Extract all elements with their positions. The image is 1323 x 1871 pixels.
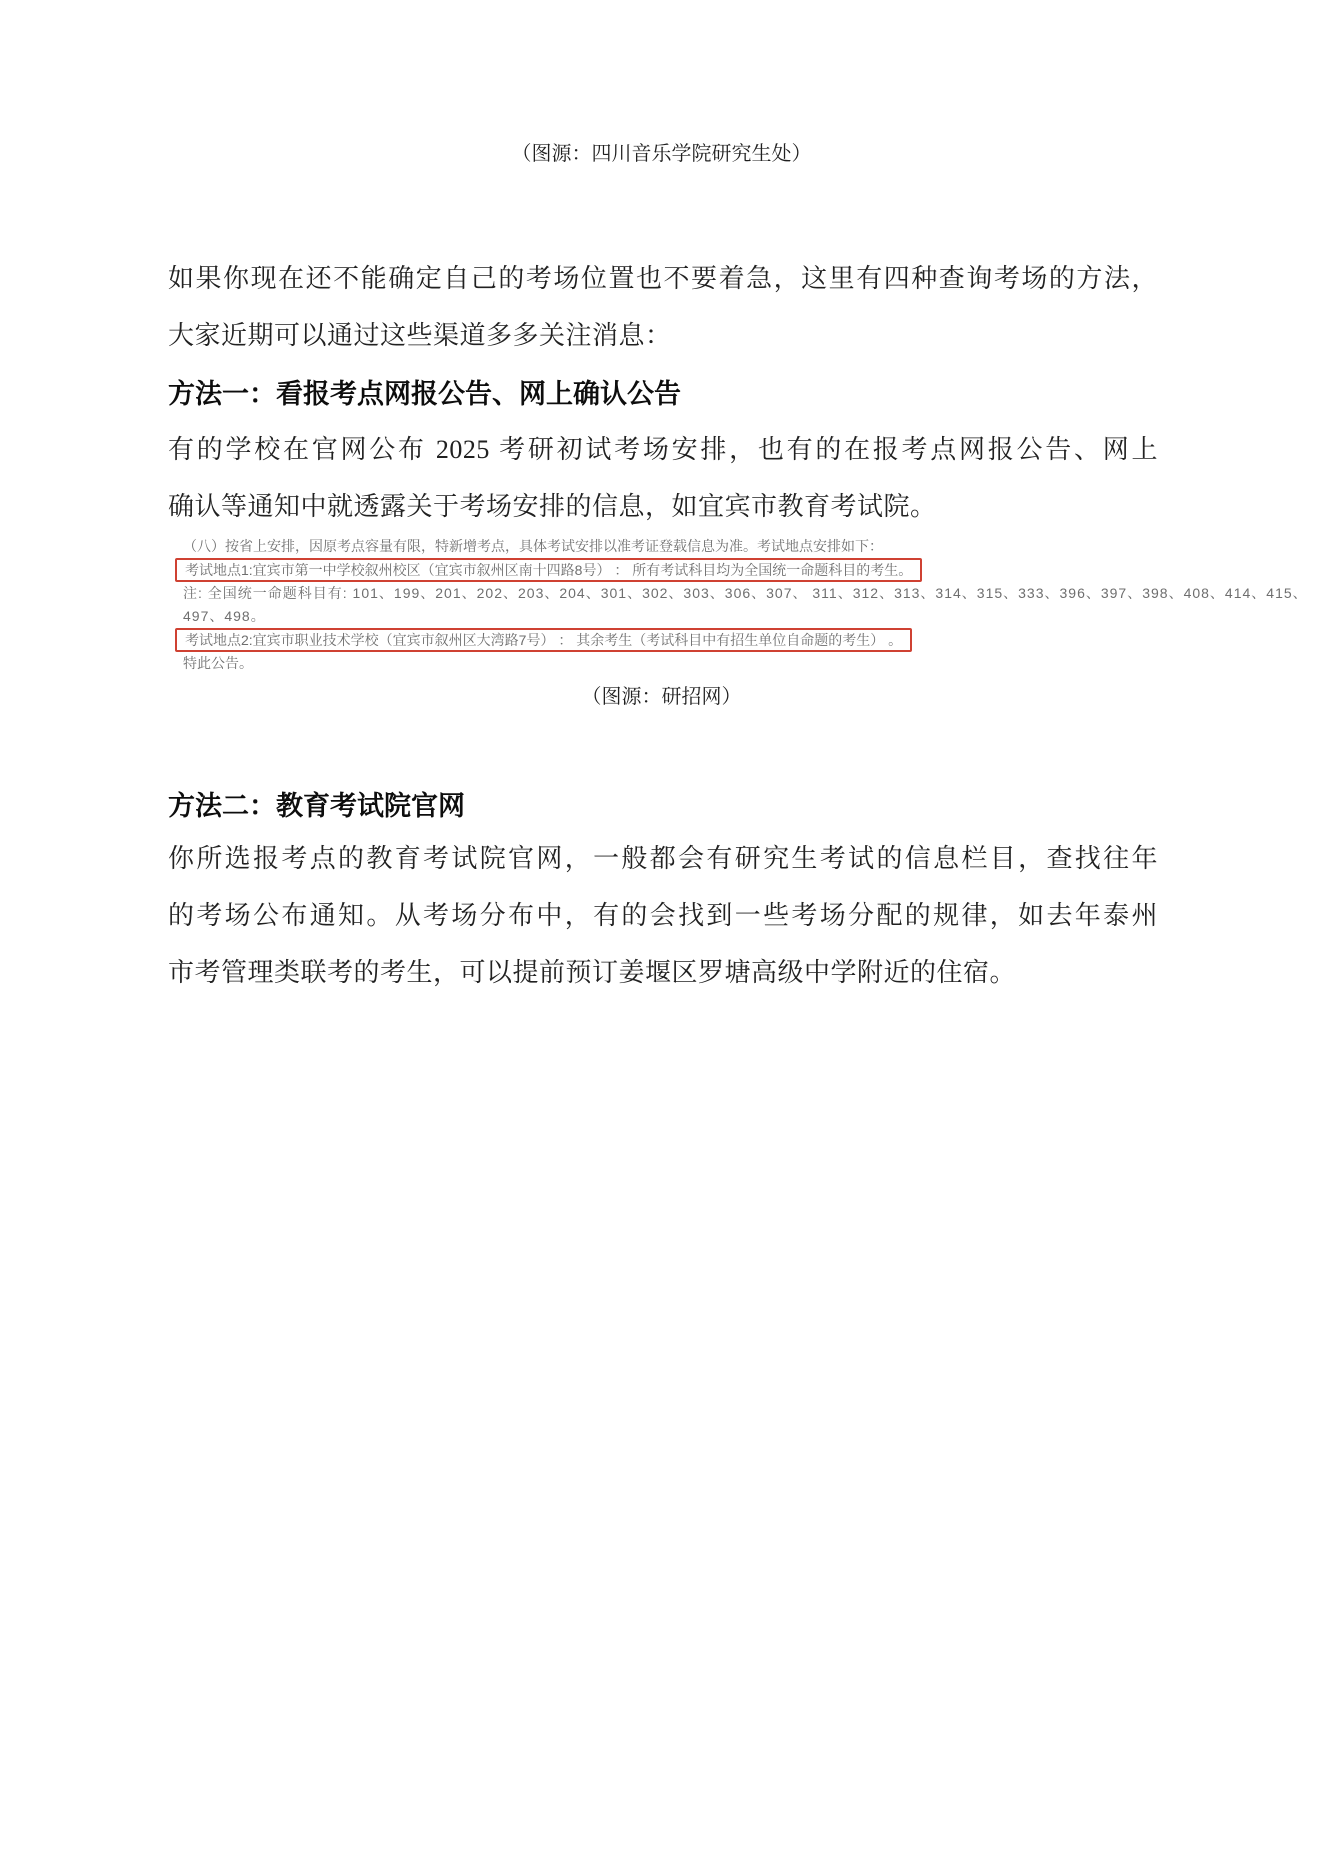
image-source-caption-middle: （图源：研招网） (0, 683, 1323, 711)
notice-note-line-1: 注: 全国统一命题科目有: 101、199、201、202、203、204、30… (175, 582, 1203, 605)
notice-note-line-2: 497、498。 (175, 605, 1203, 628)
method2-paragraph: 你所选报考点的教育考试院官网，一般都会有研究生考试的信息栏目，查找往年 的考场公… (168, 830, 1158, 1001)
notice-closing-line: 特此公告。 (175, 652, 1203, 675)
notice-intro-line: （八）按省上安排，因原考点容量有限，特新增考点，具体考试安排以准考证登载信息为准… (175, 535, 1203, 558)
method2-line-2: 的考场公布通知。从考场分布中，有的会找到一些考场分配的规律，如去年泰州 (168, 887, 1158, 944)
embedded-notice-screenshot: （八）按省上安排，因原考点容量有限，特新增考点，具体考试安排以准考证登载信息为准… (175, 535, 1203, 675)
intro-paragraph: 如果你现在还不能确定自己的考场位置也不要着急，这里有四种查询考场的方法， 大家近… (168, 250, 1158, 364)
document-page: （图源：四川音乐学院研究生处） 如果你现在还不能确定自己的考场位置也不要着急，这… (0, 0, 1323, 1871)
method1-paragraph: 有的学校在官网公布 2025 考研初试考场安排，也有的在报考点网报公告、网上 确… (168, 421, 1158, 535)
notice-location2-highlight-box: 考试地点2:宜宾市职业技术学校（宜宾市叙州区大湾路7号） ： 其余考生（考试科目… (175, 628, 912, 652)
method1-heading: 方法一：看报考点网报公告、网上确认公告 (168, 377, 1158, 411)
method2-heading: 方法二：教育考试院官网 (168, 789, 1158, 823)
method1-line-2: 确认等通知中就透露关于考场安排的信息，如宜宾市教育考试院。 (168, 478, 1158, 535)
intro-line-2: 大家近期可以通过这些渠道多多关注消息： (168, 307, 1158, 364)
method2-line-1: 你所选报考点的教育考试院官网，一般都会有研究生考试的信息栏目，查找往年 (168, 830, 1158, 887)
intro-line-1: 如果你现在还不能确定自己的考场位置也不要着急，这里有四种查询考场的方法， (168, 250, 1158, 307)
notice-location1-highlight-box: 考试地点1:宜宾市第一中学校叙州校区（宜宾市叙州区南十四路8号） ： 所有考试科… (175, 558, 922, 582)
method1-line-1: 有的学校在官网公布 2025 考研初试考场安排，也有的在报考点网报公告、网上 (168, 421, 1158, 478)
method2-line-3: 市考管理类联考的考生，可以提前预订姜堰区罗塘高级中学附近的住宿。 (168, 944, 1158, 1001)
image-source-caption-top: （图源：四川音乐学院研究生处） (0, 0, 1323, 168)
